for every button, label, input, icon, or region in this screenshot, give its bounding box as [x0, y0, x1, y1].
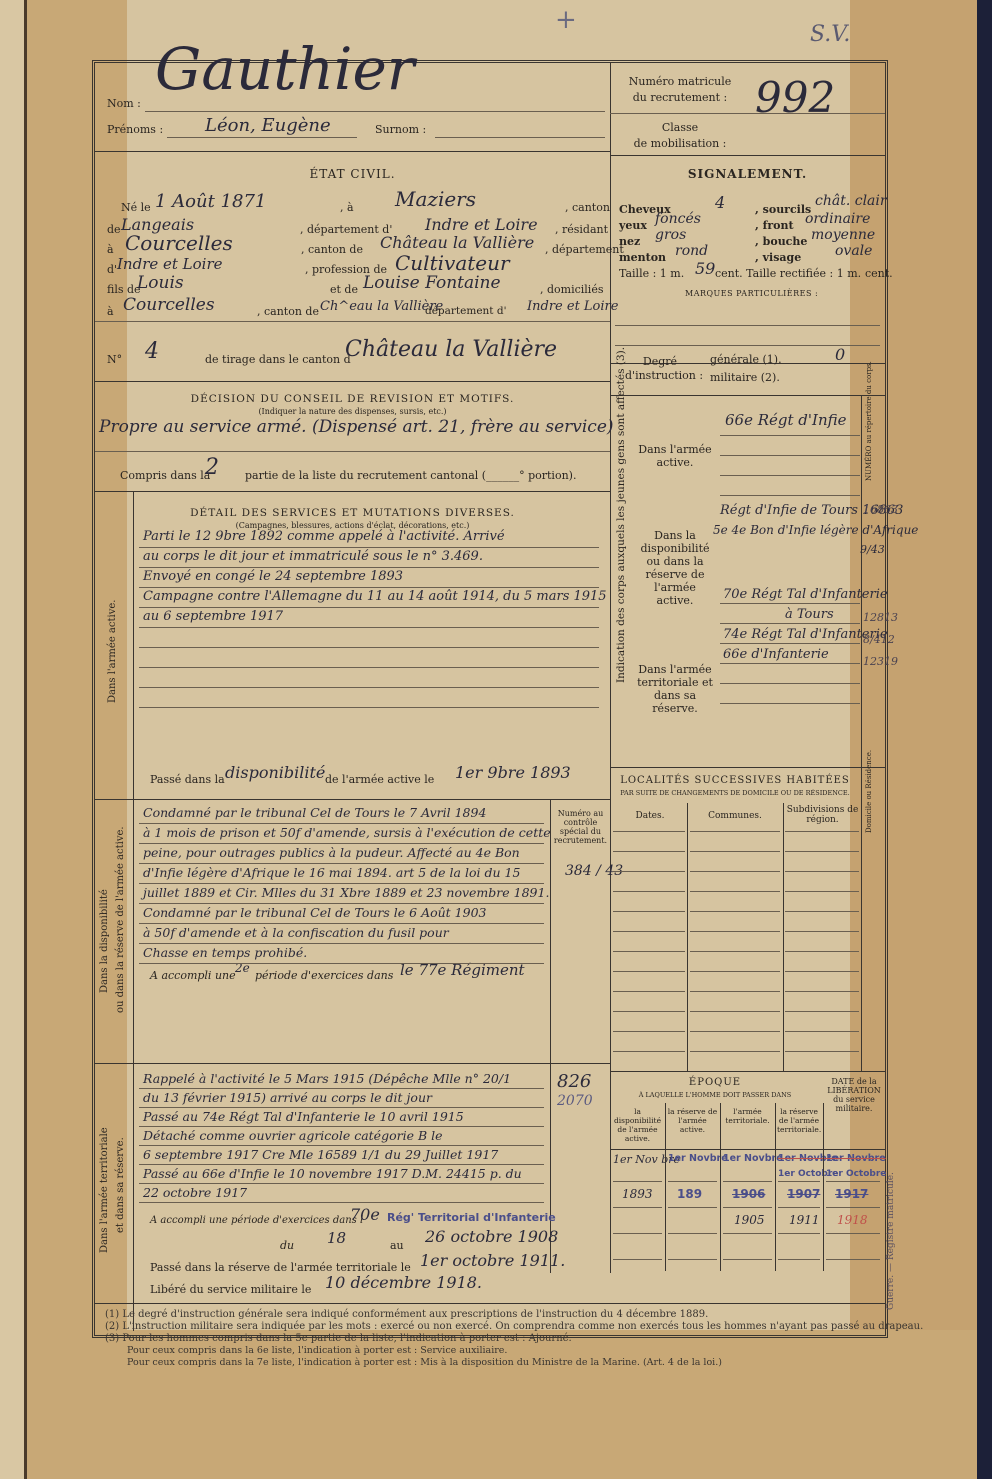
epoque-col-header: la réserve de l'armée active.: [667, 1107, 718, 1134]
ruled-line: [785, 951, 859, 952]
ruled-line: [613, 831, 685, 832]
epoque-row1b: 1er Octobre: [826, 1169, 886, 1179]
corps-dispo-number: 16863: [863, 503, 898, 516]
ruled-line: [613, 871, 685, 872]
ruled-line: [613, 891, 685, 892]
ruled-line: [720, 603, 860, 604]
passe-date: 1er 9bre 1893: [455, 763, 571, 782]
side-label-dispo-2: ou dans la réserve de l'armée active.: [115, 826, 126, 1013]
canton2-label: , canton de: [301, 243, 363, 256]
terr-periode-stamp: Rég' Territorial d'Infanterie: [387, 1211, 556, 1224]
nom-label: Nom :: [107, 97, 141, 110]
residence-department: Indre et Loire: [117, 255, 223, 273]
ruled-line: [826, 1181, 880, 1182]
service-entry: Parti le 12 9bre 1892 comme appelé à l'a…: [143, 529, 505, 544]
side-label-active: Dans l'armée active.: [107, 600, 118, 703]
ruled-line: [668, 1259, 717, 1260]
margin-label: Guerre. — Registre matricule.: [886, 1172, 896, 1310]
corps-terr-number: 8/412: [863, 633, 895, 646]
cent-label: cent.: [865, 267, 893, 280]
etat-civil-title: ÉTAT CIVIL.: [95, 167, 610, 181]
corps-terr-entry: 70e Régt Tal d'Infanterie: [723, 587, 888, 602]
ruled-line: [613, 1181, 662, 1182]
ruled-line: [785, 831, 859, 832]
ruled-line: [613, 911, 685, 912]
mother-name: Louise Fontaine: [363, 273, 501, 293]
corps-terr-number: 12319: [863, 655, 898, 668]
bouche-label: , bouche: [755, 235, 807, 248]
ne-le-label: Né le: [121, 201, 151, 214]
side-label-terr-1: Dans l'armée territoriale: [99, 1127, 110, 1253]
domicile-department: Indre et Loire: [527, 299, 618, 314]
terr-periode-value: 70e: [350, 1205, 380, 1224]
service-entry: Condamné par le tribunal Cel de Tours le…: [143, 905, 486, 920]
profession: Cultivateur: [395, 251, 510, 275]
epoque-subtitle: À LAQUELLE L'HOMME DOIT PASSER DANS: [610, 1091, 820, 1099]
generale-value: 0: [835, 345, 845, 364]
ruled-line: [139, 1202, 544, 1203]
ruled-line: [613, 931, 685, 932]
ruled-line: [720, 683, 860, 684]
epoque-row2: 1906: [732, 1187, 765, 1201]
taille-value: 59: [695, 259, 715, 278]
yeux-label: yeux: [619, 219, 647, 232]
date-liberation-title: DATE de la LIBÉRATION du service militai…: [825, 1077, 883, 1113]
du-value: 18: [327, 1229, 346, 1247]
dept-label: , département d': [300, 223, 392, 236]
cheveux-value: 4: [715, 193, 725, 212]
ruled-line: [720, 703, 860, 704]
header-rule: [610, 1149, 885, 1150]
ruled-line: [668, 1233, 717, 1234]
ruled-line: [613, 1051, 685, 1052]
surnom-label: Surnom :: [375, 123, 426, 136]
ruled-line: [778, 1259, 820, 1260]
ruled-line: [613, 1011, 685, 1012]
classe-label-1: Classe: [625, 121, 735, 134]
ruled-line: [785, 911, 859, 912]
signalement-title: SIGNALEMENT.: [610, 167, 885, 181]
ruled-line: [690, 951, 780, 952]
ruled-line: [139, 963, 544, 964]
epoque-title: ÉPOQUE: [610, 1077, 820, 1088]
ruled-line: [139, 667, 599, 668]
front-label: , front: [755, 219, 794, 232]
ruled-line: [139, 1145, 544, 1146]
services-title: DÉTAIL DES SERVICES ET MUTATIONS DIVERSE…: [95, 507, 610, 519]
visage-label: , visage: [755, 251, 801, 264]
sourcils-label: , sourcils: [755, 203, 811, 216]
ruled-line: [139, 587, 599, 588]
corps-terr-label: Dans l'armée territoriale et dans sa rés…: [635, 663, 715, 715]
marques-label: MARQUES PARTICULIÈRES :: [685, 289, 818, 298]
degre-label-1: Degré: [625, 355, 695, 368]
service-entry: Condamné par le tribunal Cel de Tours le…: [143, 805, 486, 820]
localites-col-subdivisions: Subdivisions de région.: [785, 805, 860, 825]
ruled-line: [139, 1088, 544, 1089]
ruled-line: [139, 1107, 544, 1108]
father-name: Louis: [137, 273, 184, 293]
conseil-decision: Propre au service armé. (Dispensé art. 2…: [99, 417, 614, 437]
degre-label-2: d'instruction :: [625, 369, 695, 382]
no-label: N°: [107, 353, 122, 366]
corps-terr-entry: 66e d'Infanterie: [723, 647, 829, 662]
ruled-line: [690, 931, 780, 932]
conseil-title: DÉCISION DU CONSEIL DE REVISION ET MOTIF…: [95, 393, 610, 405]
terr-periode-label: A accompli une période d'exercices dans …: [150, 1215, 363, 1226]
service-entry: au 6 septembre 1917: [143, 609, 283, 624]
localites-title: LOCALITÉS SUCCESSIVES HABITÉES: [610, 775, 860, 786]
service-entry: au corps le dit jour et immatriculé sous…: [143, 549, 483, 564]
birth-department: Indre et Loire: [425, 215, 538, 234]
sourcils-value: chât. clair: [815, 193, 887, 209]
service-entry: Passé au 66e d'Infie le 10 novembre 1917…: [143, 1166, 522, 1181]
registration-form: Nom : Gauthier Prénoms : Léon, Eugène Su…: [92, 60, 888, 1338]
ruled-line: [723, 1181, 772, 1182]
ruled-line: [139, 843, 544, 844]
domicilies-label: , domiciliés: [540, 283, 603, 296]
ruled-line: [668, 1181, 717, 1182]
service-entry: Chasse en temps prohibé.: [143, 945, 307, 960]
service-entry: du 13 février 1915) arrivé au corps le d…: [143, 1090, 432, 1105]
generale-label: générale (1).: [710, 353, 782, 366]
footnote: (3) Pour les hommes compris dans la 5e p…: [105, 1333, 572, 1344]
dept2-label: , département: [545, 243, 624, 256]
menton-label: menton: [619, 251, 666, 264]
nez-value: gros: [655, 227, 686, 243]
epoque-row3: 1905: [734, 1213, 765, 1227]
canton3-label: , canton de: [257, 305, 319, 318]
ruled-line: [613, 1259, 662, 1260]
epoque-row3: 1918: [837, 1213, 868, 1227]
ruled-line: [139, 1164, 544, 1165]
ruled-line: [690, 1031, 780, 1032]
ruled-line: [139, 863, 544, 864]
footnote: Pour ceux compris dans la 6e liste, l'in…: [127, 1345, 507, 1356]
service-entry: à 50f d'amende et à la confiscation du f…: [143, 925, 449, 940]
terr-numero: 826: [557, 1071, 591, 1092]
ruled-line: [723, 1259, 772, 1260]
ruled-line: [139, 823, 544, 824]
service-entry: Passé au 74e Régt Tal d'Infanterie le 10…: [143, 1109, 464, 1124]
ruled-line: [723, 1207, 772, 1208]
ruled-line: [785, 851, 859, 852]
taille-rect-label: cent. Taille rectifiée : 1 m.: [715, 267, 861, 280]
ruled-line: [139, 943, 544, 944]
ruled-line: [778, 1181, 820, 1182]
epoque-row2: 1907: [787, 1187, 820, 1201]
ruled-line: [785, 1011, 859, 1012]
localites-col-communes: Communes.: [690, 811, 780, 821]
compris-label: Compris dans la: [120, 469, 210, 482]
a3-label: à: [107, 305, 114, 318]
corps-terr-entry: à Tours: [785, 607, 834, 622]
ruled-line: [139, 607, 599, 608]
nez-label: nez: [619, 235, 640, 248]
au-value: 26 octobre 1908: [425, 1227, 558, 1246]
service-entry: d'Infie légère d'Afrique le 16 mai 1894.…: [143, 865, 520, 880]
ruled-line: [720, 663, 860, 664]
ruled-line: [139, 547, 599, 548]
epoque-col-header: la réserve de l'armée territoriale.: [777, 1107, 821, 1134]
footnote: (1) Le degré d'instruction générale sera…: [105, 1309, 708, 1320]
ruled-line: [690, 1051, 780, 1052]
epoque-row3: 1911: [789, 1213, 820, 1227]
service-entry: Détaché comme ouvrier agricole catégorie…: [143, 1128, 443, 1143]
matricule-label-1: Numéro matricule: [625, 75, 735, 88]
au-label: au: [390, 1239, 404, 1252]
du-label: du: [280, 1239, 294, 1252]
libere-date: 10 décembre 1918.: [325, 1273, 482, 1292]
militaire-label: militaire (2).: [710, 371, 780, 384]
periode-label: A accompli une: [150, 969, 236, 982]
service-entry: 6 septembre 1917 Cre Mle 16589 1/1 du 29…: [143, 1147, 498, 1162]
localites-col-dates: Dates.: [615, 811, 685, 821]
ruled-line: [690, 891, 780, 892]
de-label: de: [107, 223, 121, 236]
ruled-line: [613, 971, 685, 972]
ruled-line: [778, 1207, 820, 1208]
epoque-row1: 1er Novbre: [826, 1153, 886, 1164]
conseil-subtitle: (Indiquer la nature des dispenses, sursi…: [95, 407, 610, 416]
mere-label: et de: [330, 283, 358, 296]
ruled-line: [826, 1259, 880, 1260]
page-mark: S.V.: [810, 22, 850, 47]
taille-label: Taille : 1 m.: [619, 267, 684, 280]
bouche-value: moyenne: [811, 227, 875, 243]
footnote: Pour ceux compris dans la 7e liste, l'in…: [127, 1357, 722, 1368]
column-divider: [610, 1103, 611, 1271]
epoque-col-header: l'armée territoriale.: [722, 1107, 773, 1125]
ruled-line: [613, 951, 685, 952]
ruled-line: [139, 567, 599, 568]
partie-value: 2: [205, 455, 219, 480]
ruled-line: [785, 991, 859, 992]
left-page-edge: [0, 0, 27, 1479]
corps-dispo-number: 9/43: [860, 543, 885, 556]
epoque-row2: 1893: [622, 1187, 653, 1201]
ruled-line: [139, 1183, 544, 1184]
passe-label: Passé dans la: [150, 773, 225, 786]
corps-dispo-label: Dans la disponibilité ou dans la réserve…: [635, 529, 715, 607]
epoque-row1: 1er Novbre: [668, 1153, 728, 1164]
service-entry: 22 octobre 1917: [143, 1185, 247, 1200]
tirage-number: 4: [145, 339, 159, 364]
epoque-row2: 189: [677, 1187, 702, 1201]
ruled-line: [826, 1207, 880, 1208]
ruled-line: [613, 991, 685, 992]
epoque-col-header: la disponibilité de l'armée active.: [612, 1107, 663, 1143]
birth-place: Maziers: [395, 187, 476, 211]
passe-value: disponibilité: [225, 763, 325, 782]
d-label: d': [107, 263, 117, 276]
periode-suffix: période d'exercices dans: [255, 969, 393, 982]
ruled-line: [690, 851, 780, 852]
ruled-line: [690, 1011, 780, 1012]
service-entry: Campagne contre l'Allemagne du 11 au 14 …: [143, 589, 607, 604]
column-divider: [823, 1103, 824, 1271]
ruled-line: [690, 871, 780, 872]
ruled-line: [668, 1207, 717, 1208]
ruled-line: [690, 991, 780, 992]
epoque-row2: 1917: [835, 1187, 868, 1201]
tirage-canton: Château la Vallière: [345, 337, 557, 362]
terr-numero-2: 2070: [557, 1093, 593, 1109]
a-label: , à: [340, 201, 354, 214]
reserve-terr-date: 1er octobre 1911.: [420, 1251, 565, 1270]
nom-value: Gauthier: [155, 35, 415, 103]
prenoms-value: Léon, Eugène: [205, 115, 331, 136]
column-divider: [720, 1103, 721, 1271]
ruled-line: [139, 903, 544, 904]
ruled-line: [139, 647, 599, 648]
visage-value: ovale: [835, 243, 872, 259]
service-entry: juillet 1889 et Cir. Mlles du 31 Xbre 18…: [143, 885, 549, 900]
ruled-line: [723, 1233, 772, 1234]
side-label-terr-2: et dans sa réserve.: [115, 1137, 126, 1233]
ruled-line: [785, 891, 859, 892]
ruled-line: [690, 911, 780, 912]
birth-date: 1 Août 1871: [155, 191, 266, 212]
localites-subtitle: PAR SUITE DE CHANGEMENTS DE DOMICILE OU …: [610, 789, 860, 797]
matricule-number: 992: [755, 73, 835, 122]
corps-active-label: Dans l'armée active.: [635, 443, 715, 469]
tirage-label: de tirage dans le canton d: [205, 353, 351, 366]
numero-repertoire-label: NUMÉRO au répertoire du corps.: [865, 361, 873, 481]
service-entry: à 1 mois de prison et 50f d'amende, surs…: [143, 825, 551, 840]
libere-label: Libéré du service militaire le: [150, 1283, 311, 1296]
passe-suffix: de l'armée active le: [325, 773, 434, 786]
ruled-line: [785, 871, 859, 872]
ruled-line: [720, 623, 860, 624]
ruled-line: [720, 643, 860, 644]
numero-controle-label: Numéro au contrôle spécial du recrutemen…: [553, 809, 608, 845]
column-divider: [775, 1103, 776, 1271]
ruled-line: [785, 1031, 859, 1032]
a2-label: à: [107, 243, 114, 256]
classe-label-2: de mobilisation :: [625, 137, 735, 150]
ruled-line: [139, 883, 544, 884]
service-entry: Envoyé en congé le 24 septembre 1893: [143, 569, 403, 584]
canton-label: , canton: [565, 201, 610, 214]
residence: Courcelles: [125, 231, 233, 255]
domicile: Courcelles: [123, 295, 215, 315]
ruled-line: [613, 1207, 662, 1208]
service-entry: Rappelé à l'activité le 5 Mars 1915 (Dép…: [143, 1071, 511, 1086]
ruled-line: [785, 971, 859, 972]
prenoms-label: Prénoms :: [107, 123, 163, 136]
corps-active-entry: 66e Régt d'Infie: [725, 411, 847, 429]
corps-side-label: Indication des corps auxquels les jeunes…: [615, 347, 627, 683]
matricule-label-2: du recrutement :: [625, 91, 735, 104]
yeux-value: foncés: [655, 211, 701, 227]
ruled-line: [778, 1233, 820, 1234]
ruled-line: [613, 851, 685, 852]
menton-value: rond: [675, 243, 708, 259]
ruled-line: [690, 831, 780, 832]
epoque-row1: 1er Novbre: [723, 1153, 783, 1164]
ruled-line: [139, 627, 599, 628]
compris-suffix: partie de la liste du recrutement canton…: [245, 469, 576, 482]
ruled-line: [785, 1051, 859, 1052]
service-entry: peine, pour outrages publics à la pudeur…: [143, 845, 520, 860]
ruled-line: [613, 1233, 662, 1234]
dept3-label: département d': [425, 305, 506, 317]
ruled-line: [785, 931, 859, 932]
footnote: (2) L'instruction militaire sera indiqué…: [105, 1321, 923, 1332]
ruled-line: [139, 687, 599, 688]
corps-terr-number: 12813: [863, 611, 898, 624]
localites-side-label: Domicile ou Résidence.: [865, 750, 873, 833]
side-label-dispo-1: Dans la disponibilité: [99, 889, 110, 993]
ruled-line: [690, 971, 780, 972]
residant-label: , résidant: [555, 223, 608, 236]
cross-mark: +: [555, 5, 577, 35]
ruled-line: [139, 923, 544, 924]
column-divider: [665, 1103, 666, 1271]
ruled-line: [826, 1233, 880, 1234]
corps-dispo-entry-2: 5e 4e Bon d'Infie légère d'Afrique: [713, 523, 918, 537]
ruled-line: [613, 1031, 685, 1032]
residence-canton: Château la Vallière: [380, 233, 534, 252]
front-value: ordinaire: [805, 211, 870, 227]
ruled-line: [139, 1126, 544, 1127]
ruled-line: [139, 707, 599, 708]
